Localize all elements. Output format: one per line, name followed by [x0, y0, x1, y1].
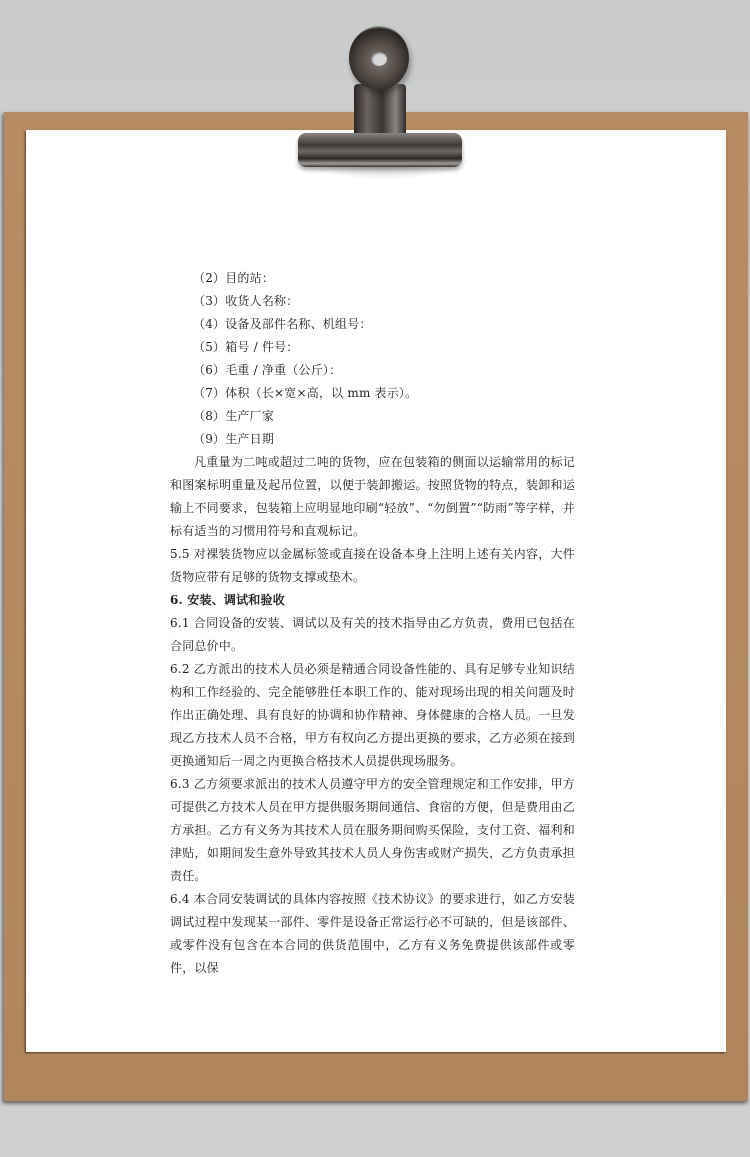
clause-6-2: 6.2 乙方派出的技术人员必须是精通合同设备性能的、具有足够专业知识结构和工作经…: [170, 658, 575, 773]
binder-clip-neck: [354, 84, 406, 136]
document-body: （2）目的站： （3）收货人名称： （4）设备及部件名称、机组号： （5）箱号 …: [170, 267, 575, 980]
list-item: （6）毛重 / 净重（公斤）：: [170, 359, 575, 382]
clause-6-4: 6.4 本合同安装调试的具体内容按照《技术协议》的要求进行，如乙方安装调试过程中…: [170, 888, 575, 980]
clause-6-3: 6.3 乙方须要求派出的技术人员遵守甲方的安全管理规定和工作安排，甲方可提供乙方…: [170, 773, 575, 888]
clause-5-5: 5.5 对裸装货物应以金属标签或直接在设备本身上注明上述有关内容，大件货物应带有…: [170, 543, 575, 589]
paragraph-weight-marking: 凡重量为二吨或超过二吨的货物，应在包装箱的侧面以运输常用的标记和图案标明重量及起…: [170, 451, 575, 543]
list-item: （7）体积（长×宽×高，以 mm 表示）。: [170, 382, 575, 405]
list-item: （8）生产厂家: [170, 405, 575, 428]
list-item: （5）箱号 / 件号：: [170, 336, 575, 359]
list-item: （4）设备及部件名称、机组号：: [170, 313, 575, 336]
list-item: （3）收货人名称：: [170, 290, 575, 313]
list-item: （2）目的站：: [170, 267, 575, 290]
binder-clip-base: [298, 133, 462, 167]
section-6-heading: 6. 安装、调试和验收: [170, 589, 575, 612]
binder-clip-hole: [371, 52, 387, 66]
list-item: （9）生产日期: [170, 428, 575, 451]
clause-6-1: 6.1 合同设备的安装、调试以及有关的技术指导由乙方负责，费用已包括在合同总价中…: [170, 612, 575, 658]
